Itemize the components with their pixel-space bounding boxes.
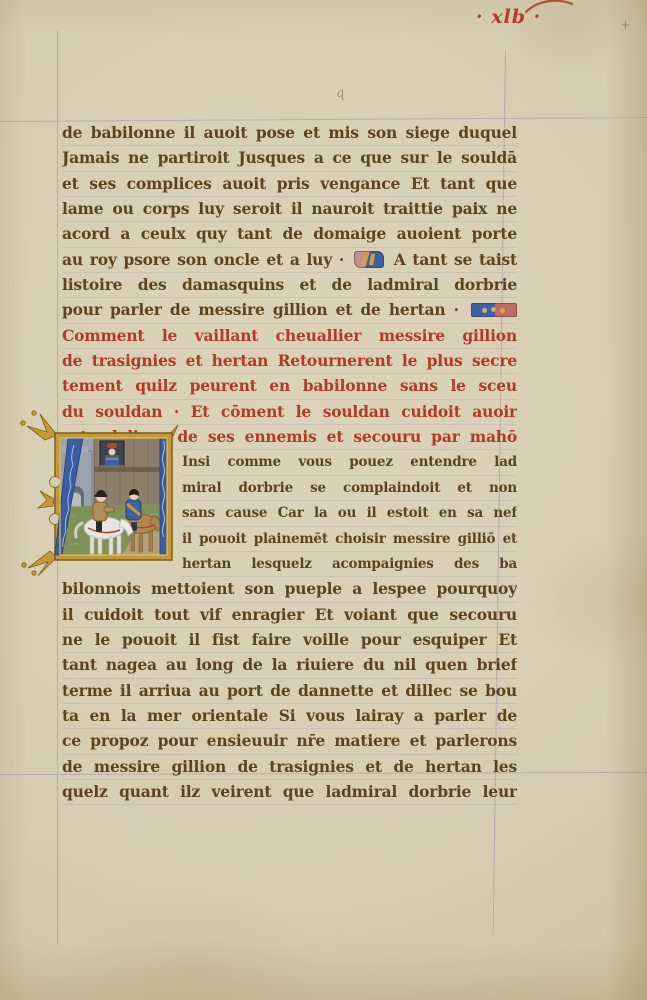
initial-blue-border	[160, 438, 167, 555]
text-line: de trasignies et hertan Retournerent le …	[62, 349, 517, 374]
text-line: bilonnois mettoient son pueple a lespee …	[62, 577, 517, 602]
paraph-ornament-icon	[354, 251, 384, 268]
text-line: tant nagea au long de la riuiere du nil …	[62, 653, 517, 678]
text-line: et ses complices auoit pris vengance Et …	[62, 172, 517, 197]
text-line: Jamais ne partiroit Jusques a ce que sur…	[62, 146, 517, 171]
text-line: il pouoit plainemēt choisir messire gill…	[182, 527, 517, 552]
text-line: listoire des damasquins et de ladmiral d…	[62, 273, 517, 298]
line-segment: pour parler de messire gillion et de her…	[62, 300, 459, 319]
manuscript-page: { "page": { "folio_number": "· xlb ·", "…	[0, 0, 647, 1000]
miniature-scene	[55, 438, 167, 555]
text-line: miral dorbrie se complaindoit et non	[182, 476, 517, 501]
text-line: quelz quant ilz veirent que ladmiral dor…	[62, 780, 517, 805]
text-line: il cuidoit tout vif enragier Et voiant q…	[62, 603, 517, 628]
text-line: ce propoz pour ensieuuir nr̄e matiere et…	[62, 729, 517, 754]
text-line: ne le pouoit il fist faire voille pour e…	[62, 628, 517, 653]
folio-flourish	[524, 0, 576, 14]
historiated-initial-a	[10, 407, 182, 577]
text-line: lame ou corps luy seroit il nauroit trai…	[62, 197, 517, 222]
text-line: de messire gillion de trasignies et de h…	[62, 755, 517, 780]
text-line: acord a ceulx quy tant de domaige auoien…	[62, 222, 517, 247]
line-segment: au roy psore son oncle et a luy ·	[62, 250, 344, 269]
corner-plus-mark: +	[620, 18, 631, 33]
text-line: de babilonne il auoit pose et mis son si…	[62, 121, 517, 146]
text-line: pour parler de messire gillion et de her…	[62, 298, 517, 323]
filler-ornament-icon	[471, 303, 517, 317]
text-line: Insi comme vous pouez entendre lad	[182, 450, 517, 475]
text-line: hertan lesquelz acompaignies des ba	[182, 552, 517, 577]
margin-mark: q	[335, 85, 346, 101]
text-line: ta en la mer orientale Si vous lairay a …	[62, 704, 517, 729]
window-figure	[100, 441, 124, 468]
text-line: au roy psore son oncle et a luy · A tant…	[62, 248, 517, 273]
text-line: Comment le vaillant cheuallier messire g…	[62, 324, 517, 349]
text-line: sans cause Car la ou il estoit en sa nef	[182, 501, 517, 526]
text-line: tement quilz peurent en babilonne sans l…	[62, 374, 517, 399]
line-segment: A tant se taist	[394, 250, 517, 269]
text-line: terme il arriua au port de dannette et d…	[62, 679, 517, 704]
